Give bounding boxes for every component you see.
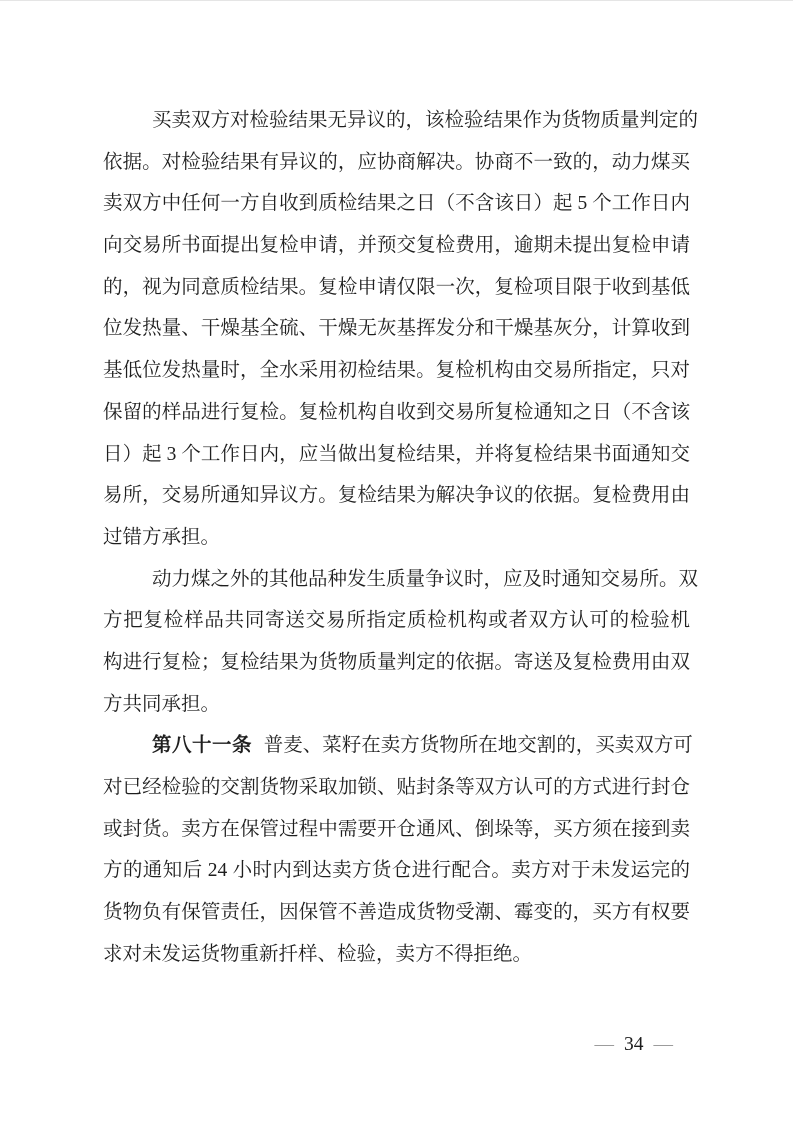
text-line: 方的通知后 24 小时内到达卖方货仓进行配合。卖方对于未发运完的 bbox=[103, 850, 690, 892]
text-line: 货物负有保管责任，因保管不善造成货物受潮、霉变的，买方有权要 bbox=[103, 892, 690, 934]
text-run: 方的通知后 24 小时内到达卖方货仓进行配合。卖方对于未发运完的 bbox=[103, 860, 690, 881]
page-body: 买卖双方对检验结果无异议的，该检验结果作为货物质量判定的依据。对检验结果有异议的… bbox=[103, 100, 690, 975]
text-line: 方把复检样品共同寄送交易所指定质检机构或者双方认可的检验机 bbox=[103, 600, 690, 642]
document-page: 买卖双方对检验结果无异议的，该检验结果作为货物质量判定的依据。对检验结果有异议的… bbox=[0, 0, 793, 1123]
text-run: 日）起 3 个工作日内，应当做出复检结果，并将复检结果书面通知交 bbox=[103, 444, 690, 465]
footer-dash-left: — bbox=[595, 1034, 615, 1055]
text-line: 构进行复检；复检结果为货物质量判定的依据。寄送及复检费用由双 bbox=[103, 642, 690, 684]
text-run: 构进行复检；复检结果为货物质量判定的依据。寄送及复检费用由双 bbox=[103, 652, 690, 673]
text-line: 位发热量、干燥基全硫、干燥无灰基挥发分和干燥基灰分，计算收到 bbox=[103, 308, 690, 350]
text-line: 方共同承担。 bbox=[103, 684, 690, 726]
text-run: 方把复检样品共同寄送交易所指定质检机构或者双方认可的检验机 bbox=[103, 610, 690, 631]
text-line: 易所，交易所通知异议方。复检结果为解决争议的依据。复检费用由 bbox=[103, 475, 690, 517]
text-run: 保留的样品进行复检。复检机构自收到交易所复检通知之日（不含该 bbox=[103, 402, 690, 423]
text-line: 动力煤之外的其他品种发生质量争议时，应及时通知交易所。双 bbox=[103, 559, 690, 601]
text-line: 基低位发热量时，全水采用初检结果。复检机构由交易所指定，只对 bbox=[103, 350, 690, 392]
text-run: 对已经检验的交割货物采取加锁、贴封条等双方认可的方式进行封仓 bbox=[103, 777, 690, 798]
text-run: 或封货。卖方在保管过程中需要开仓通风、倒垛等，买方须在接到卖 bbox=[103, 819, 690, 840]
text-line: 或封货。卖方在保管过程中需要开仓通风、倒垛等，买方须在接到卖 bbox=[103, 809, 690, 851]
text-run: 求对未发运货物重新扦样、检验，卖方不得拒绝。 bbox=[103, 944, 532, 965]
text-line: 卖双方中任何一方自收到质检结果之日（不含该日）起 5 个工作日内 bbox=[103, 183, 690, 225]
text-run: 依据。对检验结果有异议的，应协商解决。协商不一致的，动力煤买 bbox=[103, 152, 690, 173]
text-run: 过错方承担。 bbox=[103, 527, 220, 548]
text-line: 日）起 3 个工作日内，应当做出复检结果，并将复检结果书面通知交 bbox=[103, 434, 690, 476]
text-run: 位发热量、干燥基全硫、干燥无灰基挥发分和干燥基灰分，计算收到 bbox=[103, 318, 690, 339]
text-line: 的，视为同意质检结果。复检申请仅限一次，复检项目限于收到基低 bbox=[103, 267, 690, 309]
text-line: 保留的样品进行复检。复检机构自收到交易所复检通知之日（不含该 bbox=[103, 392, 690, 434]
text-run: 动力煤之外的其他品种发生质量争议时，应及时通知交易所。双 bbox=[152, 569, 698, 590]
text-run: 买卖双方对检验结果无异议的，该检验结果作为货物质量判定的 bbox=[152, 110, 698, 131]
text-line: 求对未发运货物重新扦样、检验，卖方不得拒绝。 bbox=[103, 934, 690, 976]
text-line: 依据。对检验结果有异议的，应协商解决。协商不一致的，动力煤买 bbox=[103, 142, 690, 184]
text-run: 方共同承担。 bbox=[103, 694, 220, 715]
text-run: 普麦、菜籽在卖方货物所在地交割的，买卖双方可 bbox=[264, 735, 693, 756]
text-run: 的，视为同意质检结果。复检申请仅限一次，复检项目限于收到基低 bbox=[103, 277, 690, 298]
text-run: 基低位发热量时，全水采用初检结果。复检机构由交易所指定，只对 bbox=[103, 360, 690, 381]
text-line: 过错方承担。 bbox=[103, 517, 690, 559]
text-run: 易所，交易所通知异议方。复检结果为解决争议的依据。复检费用由 bbox=[103, 485, 690, 506]
article-number-heading: 第八十一条 bbox=[152, 734, 252, 756]
text-run: 卖双方中任何一方自收到质检结果之日（不含该日）起 5 个工作日内 bbox=[103, 193, 690, 214]
text-line: 对已经检验的交割货物采取加锁、贴封条等双方认可的方式进行封仓 bbox=[103, 767, 690, 809]
text-line: 向交易所书面提出复检申请，并预交复检费用，逾期未提出复检申请 bbox=[103, 225, 690, 267]
text-run: 向交易所书面提出复检申请，并预交复检费用，逾期未提出复检申请 bbox=[103, 235, 690, 256]
text-line: 买卖双方对检验结果无异议的，该检验结果作为货物质量判定的 bbox=[103, 100, 690, 142]
page-number: 34 bbox=[624, 1034, 644, 1055]
text-line: 第八十一条普麦、菜籽在卖方货物所在地交割的，买卖双方可 bbox=[103, 725, 690, 767]
text-run: 货物负有保管责任，因保管不善造成货物受潮、霉变的，买方有权要 bbox=[103, 902, 690, 923]
footer-dash-right: — bbox=[654, 1034, 674, 1055]
page-footer: —34— bbox=[595, 1032, 674, 1058]
